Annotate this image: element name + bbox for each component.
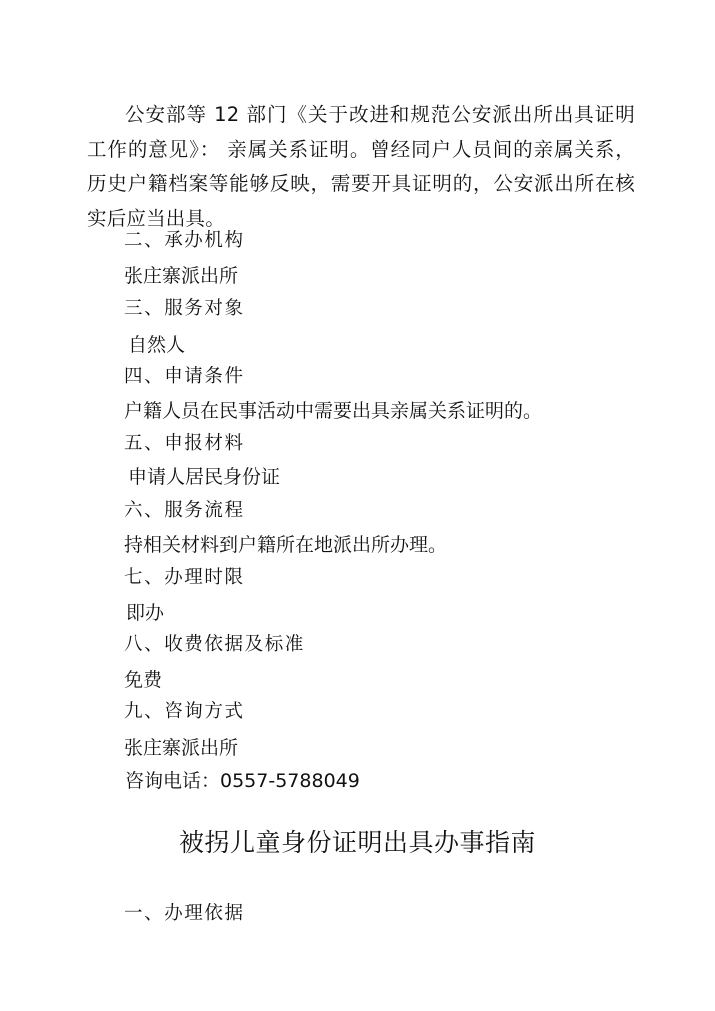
section-value-fees: 免费 [124,668,162,692]
section-heading-time-limit: 七、办理时限 [124,566,245,590]
section-value-process: 持相关材料到户籍所在地派出所办理。 [124,533,447,557]
section-heading-contact: 九、咨询方式 [124,700,245,724]
section-heading-handling-agency: 二、承办机构 [124,229,245,253]
intro-paragraph: 公安部等 12 部门《关于改进和规范公安派出所出具证明工作的意见》： 亲属关系证… [87,98,635,236]
section-value-handling-agency: 张庄寨派出所 [124,264,238,288]
section-value-contact-office: 张庄寨派出所 [124,736,238,760]
section-value-contact-phone: 咨询电话：0557-5788049 [125,769,360,793]
document-page: 公安部等 12 部门《关于改进和规范公安派出所出具证明工作的意见》： 亲属关系证… [0,0,715,1011]
section-value-materials: 申请人居民身份证 [128,465,280,489]
section-heading-legal-basis: 一、办理依据 [124,902,245,926]
section-heading-service-target: 三、服务对象 [124,297,245,321]
section-value-service-target: 自然人 [128,333,185,357]
section-heading-materials: 五、申报材料 [124,432,245,456]
section-value-conditions: 户籍人员在民事活动中需要出具亲属关系证明的。 [124,399,542,423]
section-heading-conditions: 四、申请条件 [124,365,245,389]
guide-title: 被拐儿童身份证明出具办事指南 [0,826,715,860]
section-heading-fees: 八、收费依据及标准 [124,633,305,657]
section-value-time-limit: 即办 [126,601,164,625]
section-heading-process: 六、服务流程 [124,499,245,523]
